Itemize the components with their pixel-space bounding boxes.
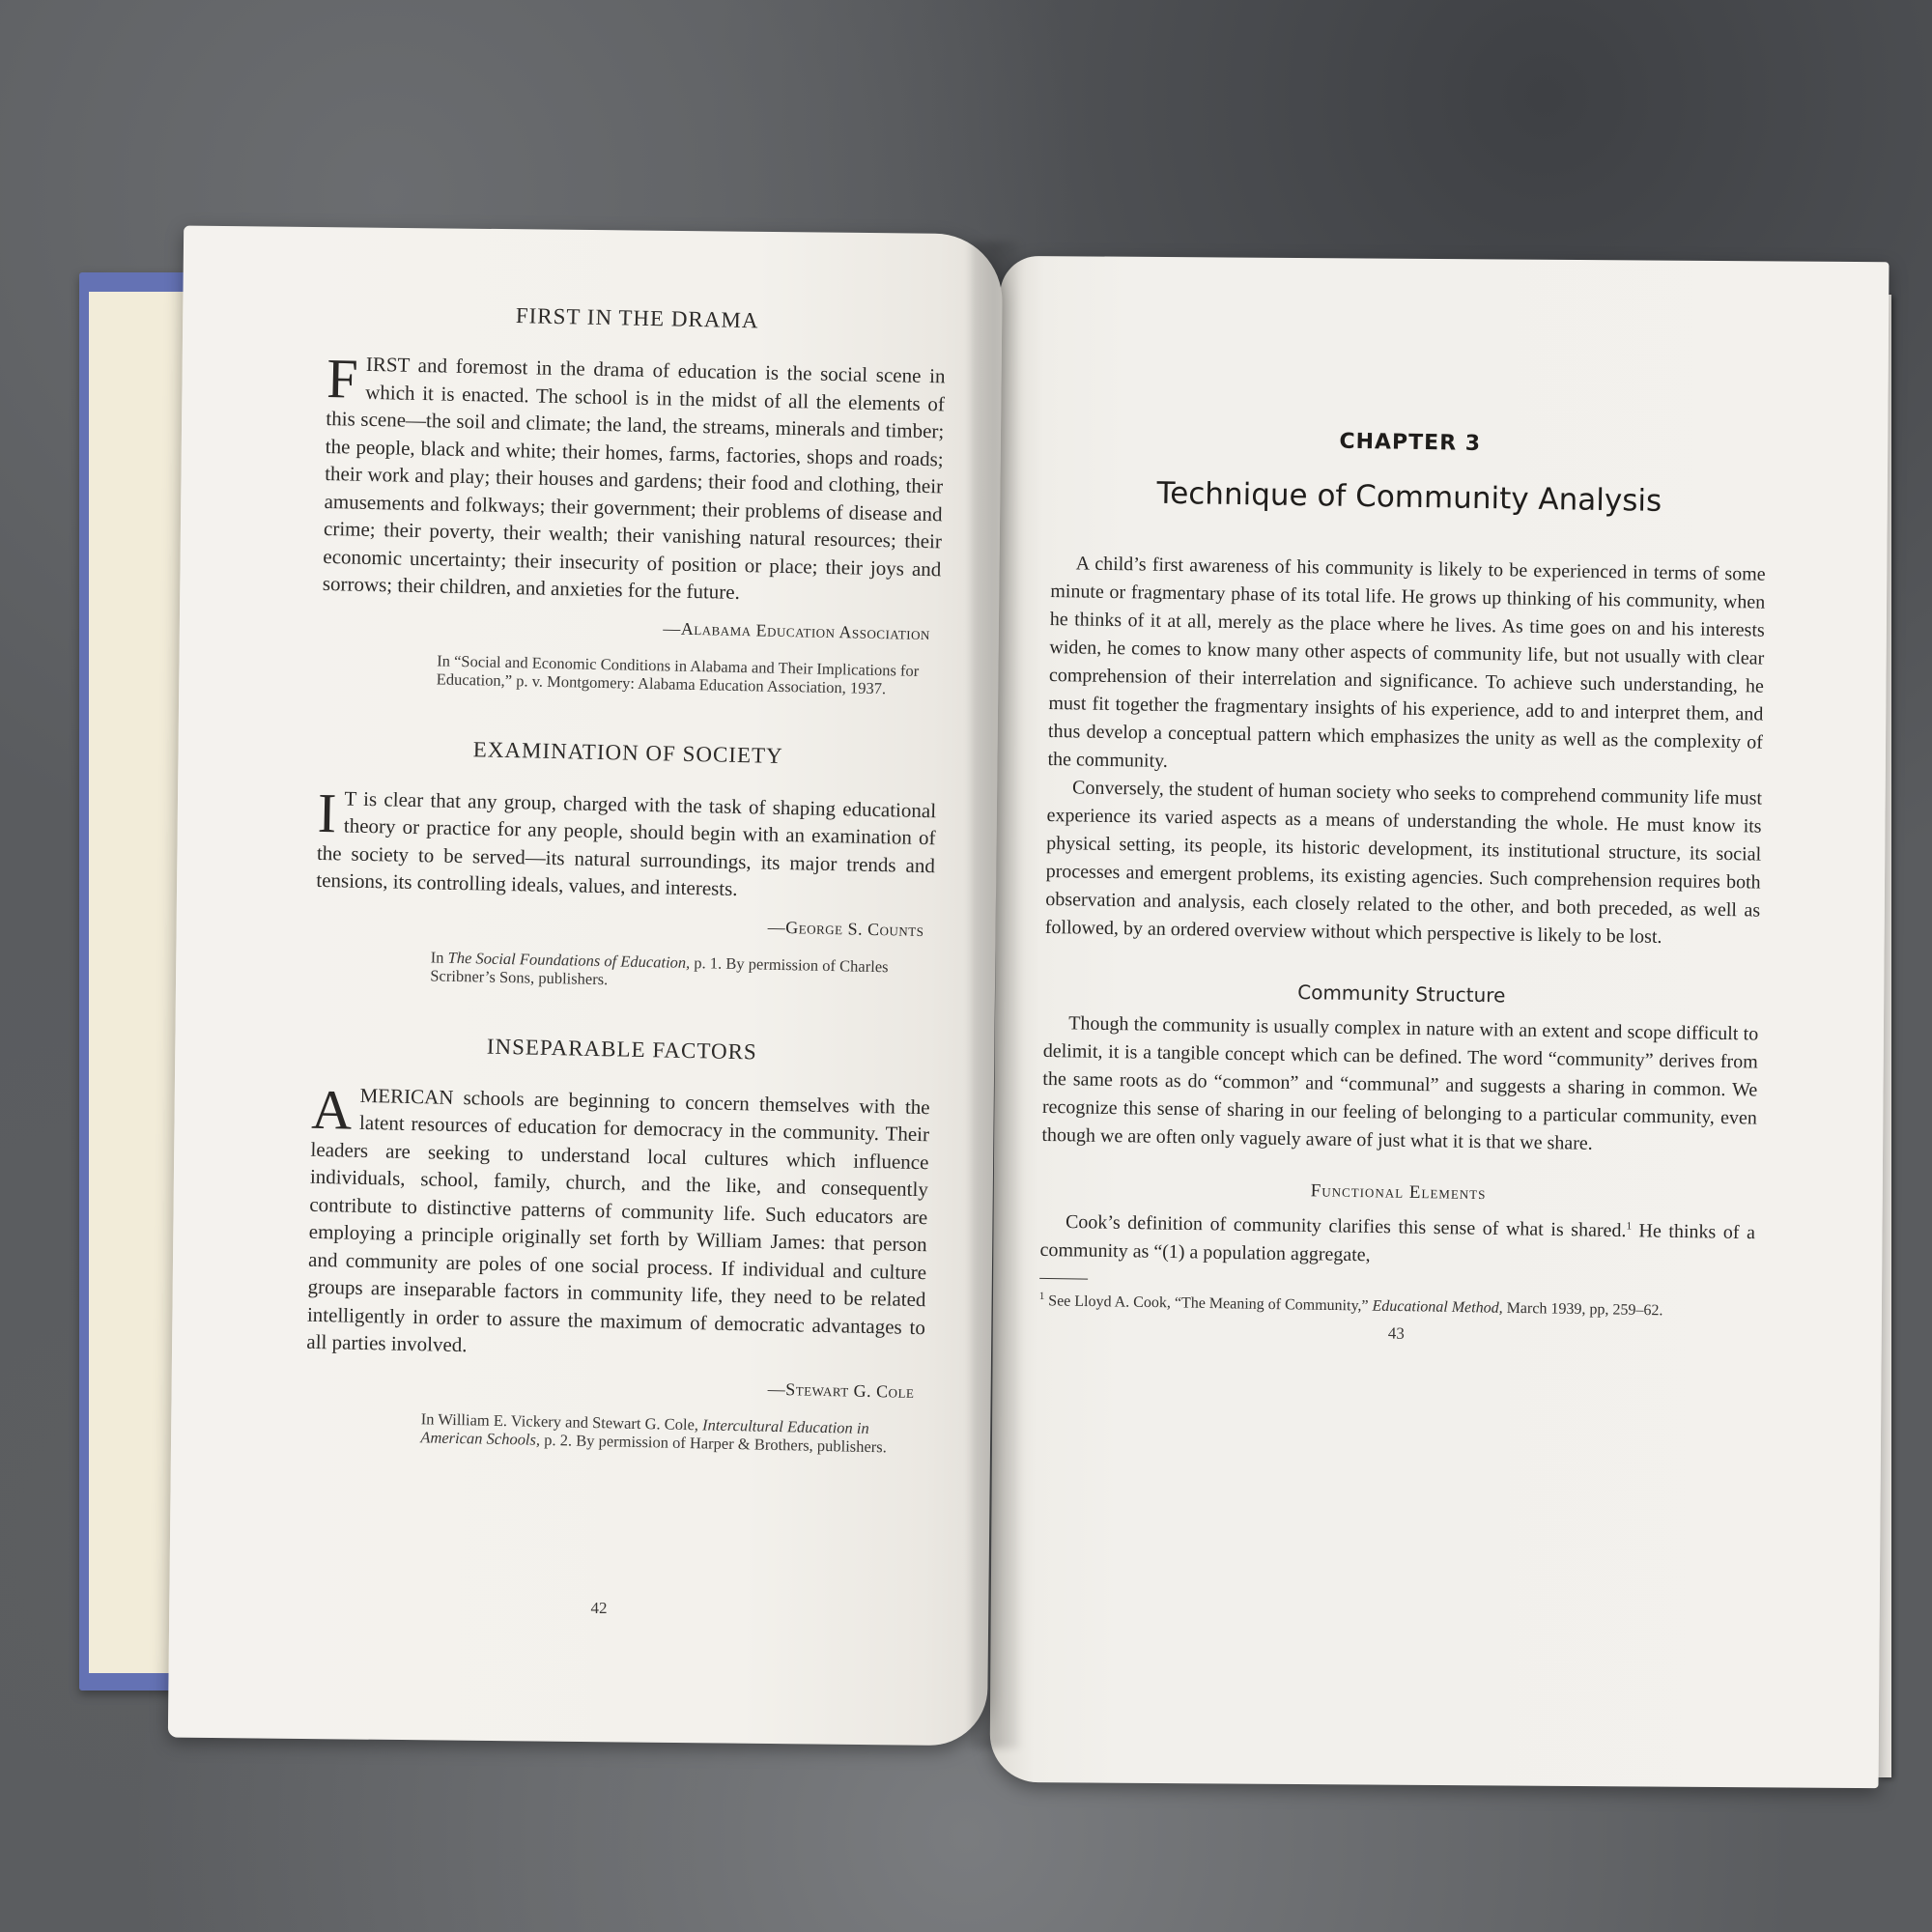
section-title: EXAMINATION OF SOCIETY — [319, 733, 937, 771]
footnote: 1 See Lloyd A. Cook, “The Meaning of Com… — [1039, 1287, 1754, 1322]
attribution: —Alabama Education Association — [322, 611, 930, 643]
left-page-content: FIRST IN THE DRAMA FIRST and foremost in… — [303, 299, 947, 1505]
attribution: —George S. Counts — [315, 907, 923, 940]
footnote-divider — [1039, 1278, 1088, 1280]
quote-text: AMERICAN schools are beginning to concer… — [306, 1080, 930, 1368]
source-text: In “Social and Economic Conditions in Al… — [437, 651, 920, 697]
quote-body: and foremost in the drama of education i… — [323, 354, 946, 604]
chapter-title: Technique of Community Analysis — [1052, 474, 1767, 521]
drop-cap: A — [311, 1086, 353, 1133]
section-title: INSEPARABLE FACTORS — [313, 1030, 931, 1067]
drop-cap: I — [317, 789, 336, 836]
lead-word: IRST — [366, 353, 411, 377]
lead-word: T — [344, 786, 356, 810]
footnote-text: See Lloyd A. Cook, “The Meaning of Commu… — [1044, 1293, 1373, 1314]
paragraph-text: Cook’s definition of community clarifies… — [1065, 1211, 1627, 1241]
quote-block-inseparable-factors: INSEPARABLE FACTORS AMERICAN schools are… — [304, 1030, 931, 1456]
source-text: In — [431, 948, 448, 966]
footnote-journal: Educational Method, — [1372, 1297, 1502, 1316]
body-paragraph: Cook’s definition of community clarifies… — [1039, 1204, 1755, 1275]
drop-cap: F — [327, 355, 358, 403]
quote-body: schools are beginning to concern themsel… — [306, 1085, 930, 1356]
body-paragraph: Though the community is usually complex … — [1041, 1009, 1758, 1161]
source-citation: In The Social Foundations of Education, … — [430, 948, 923, 995]
source-citation: In “Social and Economic Conditions in Al… — [437, 651, 930, 698]
footnote-text: March 1939, pp, 259–62. — [1503, 1299, 1663, 1319]
body-paragraph: Conversely, the student of human society… — [1045, 774, 1763, 953]
quote-text: IT is clear that any group, charged with… — [316, 783, 936, 906]
quote-body: is clear that any group, charged with th… — [316, 786, 936, 900]
body-paragraph: A child’s first awareness of his communi… — [1047, 550, 1766, 785]
quote-block-first-in-drama: FIRST IN THE DRAMA FIRST and foremost in… — [321, 299, 947, 698]
lead-word: MERICAN — [359, 1083, 453, 1108]
gutter-shadow — [971, 241, 1019, 1748]
quote-block-examination-of-society: EXAMINATION OF SOCIETY IT is clear that … — [314, 733, 937, 994]
attribution: —Stewart G. Cole — [305, 1369, 914, 1402]
source-citation: In William E. Vickery and Stewart G. Col… — [420, 1409, 914, 1457]
page-number-left: 42 — [560, 1599, 638, 1618]
right-page-content: CHAPTER 3 Technique of Community Analysi… — [1038, 425, 1768, 1349]
quote-text: FIRST and foremost in the drama of educa… — [323, 350, 946, 611]
subheading-community-structure: Community Structure — [1044, 977, 1759, 1011]
subheading-functional-elements: Functional Elements — [1040, 1177, 1755, 1209]
